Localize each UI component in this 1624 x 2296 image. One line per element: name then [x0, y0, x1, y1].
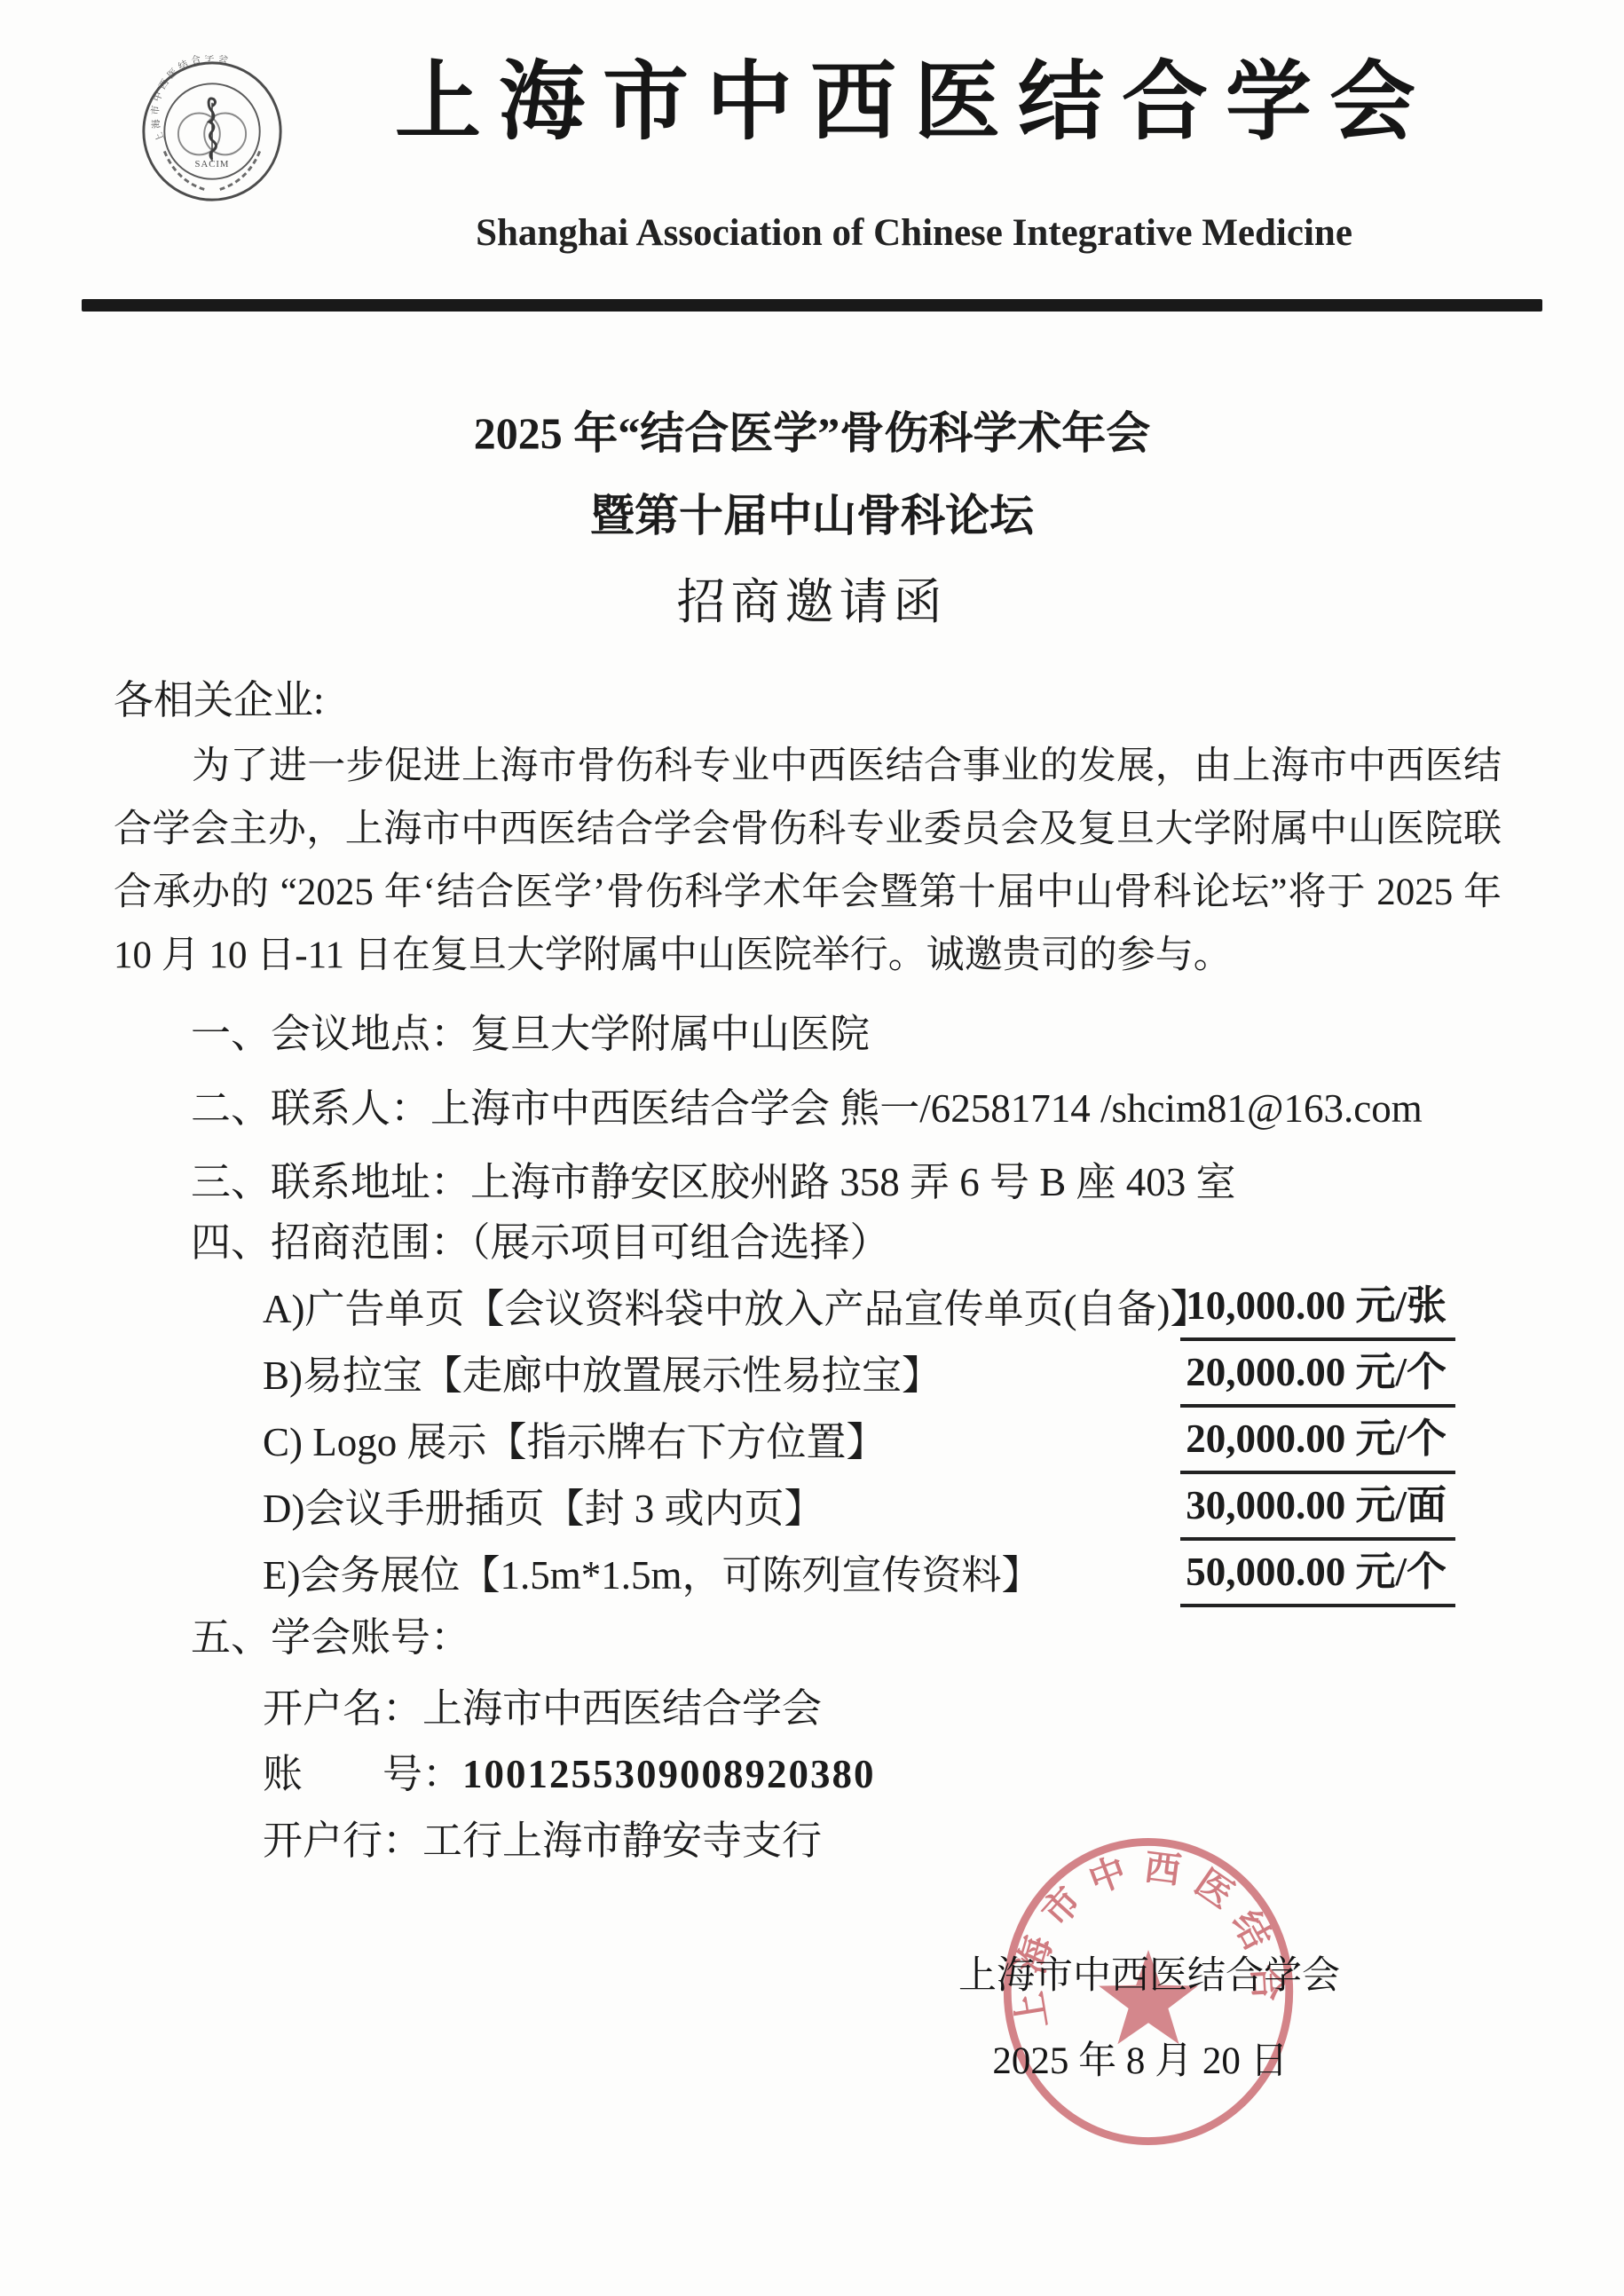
item-value: 上海市中西医结合学会 熊一/62581714 /shcim81@163.com [430, 1086, 1423, 1131]
item-value: 复旦大学附属中山医院 [470, 1012, 870, 1056]
sponsor-option-row: B)易拉宝【走廊中放置展示性易拉宝】 20,000.00 元/个 [263, 1343, 1455, 1407]
signature-date: 2025 年 8 月 20 日 [967, 2031, 1313, 2085]
association-logo-seal: 上海市中西医结合学会 SACIM [138, 55, 286, 208]
list-item-venue: 一、会议地点：复旦大学附属中山医院 [191, 1001, 870, 1059]
item-label: 联系地址： [271, 1160, 470, 1204]
option-code: A) [263, 1287, 304, 1331]
item-value: 上海市静安区胶州路 358 弄 6 号 B 座 403 室 [470, 1160, 1236, 1204]
list-item-scope: 四、招商范围：（展示项目可组合选择） [191, 1210, 890, 1267]
item-number: 三、 [191, 1160, 271, 1204]
option-desc: Logo 展示【指示牌右下方位置】 [303, 1420, 887, 1464]
option-price: 30,000.00 元/面 [1180, 1472, 1455, 1541]
account-number-row: 账 号：1001255309008920380 [263, 1741, 876, 1799]
option-desc: 会务展位【1.5m*1.5m，可陈列宣传资料】 [300, 1553, 1041, 1598]
sacim-emblem-icon: 上海市中西医结合学会 SACIM [138, 55, 286, 208]
sponsor-option-row: A)广告单页【会议资料袋中放入产品宣传单页(自备)】 10,000.00 元/张 [263, 1276, 1455, 1340]
masthead-divider [82, 299, 1542, 312]
option-price: 50,000.00 元/个 [1180, 1539, 1455, 1607]
option-desc: 广告单页【会议资料袋中放入产品宣传单页(自备)】 [304, 1287, 1210, 1331]
sponsor-option-row: C) Logo 展示【指示牌右下方位置】 20,000.00 元/个 [263, 1409, 1455, 1473]
item-number: 四、 [191, 1220, 271, 1265]
account-row-label: 开户行： [263, 1819, 422, 1863]
account-name-row: 开户名：上海市中西医结合学会 [263, 1676, 822, 1733]
option-code: D) [263, 1487, 304, 1531]
option-price: 20,000.00 元/个 [1180, 1339, 1455, 1408]
logo-label: SACIM [195, 159, 230, 170]
item-label: 招商范围： [271, 1220, 470, 1265]
account-row-value: 上海市中西医结合学会 [422, 1686, 822, 1731]
sponsor-option-row: D)会议手册插页【封 3 或内页】 30,000.00 元/面 [263, 1476, 1455, 1540]
item-number: 五、 [191, 1615, 271, 1660]
doc-title-line2: 暨第十届中山骨科论坛 [0, 480, 1624, 544]
org-name-chinese: 上海市中西医结合学会 [302, 32, 1526, 156]
item-number: 一、 [191, 1012, 271, 1056]
account-bank-row: 开户行：工行上海市静安寺支行 [263, 1808, 822, 1866]
option-desc: 会议手册插页【封 3 或内页】 [304, 1487, 824, 1531]
item-value: （展示项目可组合选择） [470, 1220, 890, 1265]
list-item-address: 三、联系地址：上海市静安区胶州路 358 弄 6 号 B 座 403 室 [191, 1149, 1236, 1207]
account-number: 1001255309008920380 [462, 1752, 876, 1796]
account-row-value: 工行上海市静安寺支行 [422, 1819, 822, 1863]
account-row-label: 账 号： [263, 1752, 462, 1796]
item-label: 联系人： [271, 1086, 430, 1131]
item-label: 会议地点： [271, 1012, 470, 1056]
list-item-contact: 二、联系人：上海市中西医结合学会 熊一/62581714 /shcim81@16… [191, 1076, 1423, 1133]
doc-title-line1: 2025 年“结合医学”骨伤科学术年会 [0, 398, 1624, 462]
scanned-invitation-letter: 上海市中西医结合学会 SACIM 上海市中西医结合学会 Shanghai Ass… [0, 0, 1624, 2296]
intro-paragraph: 为了进一步促进上海市骨伤科专业中西医结合事业的发展，由上海市中西医结合学会主办，… [114, 735, 1502, 987]
org-name-english: Shanghai Association of Chinese Integrat… [302, 211, 1526, 255]
option-code: E) [263, 1553, 300, 1598]
sponsor-option-row: E)会务展位【1.5m*1.5m，可陈列宣传资料】 50,000.00 元/个 [263, 1543, 1455, 1606]
option-price: 10,000.00 元/张 [1180, 1273, 1455, 1341]
account-row-label: 开户名： [263, 1686, 422, 1731]
option-code: C) [263, 1420, 303, 1464]
salutation: 各相关企业: [114, 667, 325, 725]
signature-org: 上海市中西医结合学会 [958, 1945, 1322, 2000]
option-desc: 易拉宝【走廊中放置展示性易拉宝】 [303, 1353, 942, 1398]
item-number: 二、 [191, 1086, 271, 1131]
option-price: 20,000.00 元/个 [1180, 1406, 1455, 1474]
option-code: B) [263, 1353, 303, 1398]
doc-title-line3: 招商邀请函 [0, 563, 1624, 633]
item-label: 学会账号： [271, 1615, 470, 1660]
list-item-account: 五、学会账号： [191, 1605, 470, 1662]
